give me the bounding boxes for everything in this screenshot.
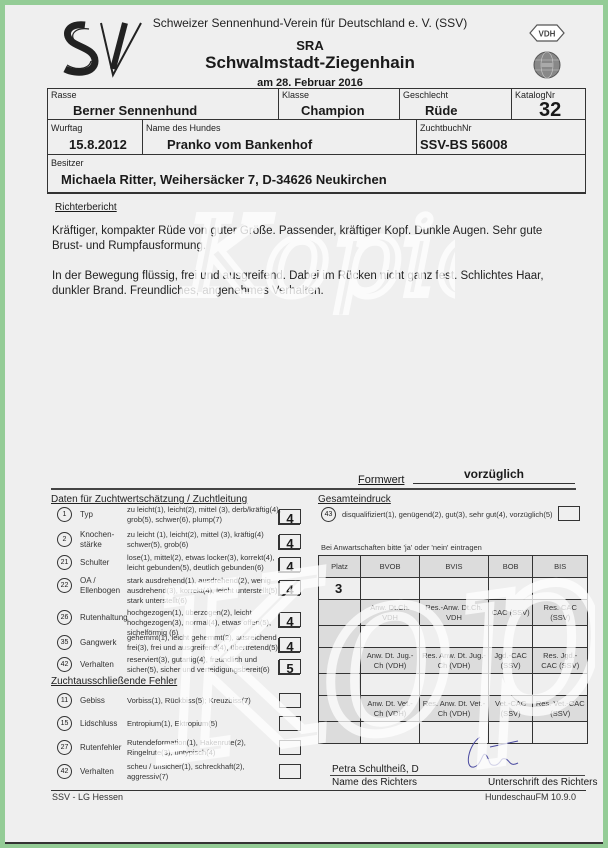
awards-header-cell: Platz	[319, 556, 361, 578]
fault-number-badge: 11	[57, 693, 72, 708]
report-paragraph: Kräftiger, kompakter Rüde von guter Größ…	[52, 224, 572, 254]
breed-field: Rasse Berner Sennenhund	[47, 88, 279, 120]
awards-blank-cell	[319, 696, 361, 722]
criterion-name: Verhalten	[80, 660, 128, 670]
formwert-label: Formwert	[358, 474, 404, 486]
criterion-name: Knochen-stärke	[80, 530, 128, 550]
birth-value: 15.8.2012	[69, 137, 127, 152]
overall-score-box[interactable]	[558, 506, 580, 521]
criterion-options: zu leicht(1), leicht(2), mittel (3), der…	[127, 505, 287, 525]
awards-header-row: PlatzBVOBBVISBOBBIS	[319, 556, 588, 578]
awards-header-cell: BVOB	[361, 556, 420, 578]
award-entry-cell[interactable]	[420, 578, 489, 600]
fault-score-box[interactable]	[279, 716, 301, 731]
awards-blank-cell	[319, 722, 361, 744]
award-type-cell: Anw. Dt.Ch. VDH	[361, 600, 420, 626]
catalog-field: KatalogNr 32	[511, 88, 586, 120]
event-type: SRA	[135, 38, 485, 53]
footer-divider	[51, 790, 586, 791]
signature-line	[330, 775, 585, 776]
criterion-number-badge: 42	[57, 657, 72, 672]
criterion-name: OA / Ellenbogen	[80, 576, 128, 596]
award-entry-cell[interactable]	[361, 722, 420, 744]
sex-field: Geschlecht Rüde	[399, 88, 512, 120]
award-type-cell: Res. Anw. Dt. Jug.-Ch (VDH)	[420, 648, 489, 674]
fault-options: Vorbiss(1), Rückbiss(5); Kreuzbiss(7)	[127, 696, 287, 706]
fault-number-badge: 27	[57, 740, 72, 755]
owner-field: Besitzer Michaela Ritter, Weihersäcker 7…	[47, 154, 586, 194]
criterion-score-box[interactable]: 5	[279, 659, 301, 674]
criterion-name: Gangwerk	[80, 638, 128, 648]
awards-entry-row	[319, 722, 588, 744]
awards-header-cell: BIS	[533, 556, 588, 578]
criterion-score-box[interactable]: 4	[279, 509, 301, 524]
criterion-number-badge: 22	[57, 578, 72, 593]
fault-number-badge: 42	[57, 764, 72, 779]
svg-text:VDH: VDH	[539, 30, 556, 39]
awards-blank-cell	[319, 600, 361, 626]
dog-name-value: Pranko vom Bankenhof	[167, 137, 312, 152]
criterion-score-box[interactable]: 4	[279, 612, 301, 627]
criterion-score-box[interactable]: 4	[279, 534, 301, 549]
birth-label: Wurftag	[51, 123, 82, 133]
formwert-value: vorzüglich	[413, 467, 575, 484]
criterion-score-box[interactable]: 4	[279, 580, 301, 595]
fault-options: scheu / unsicher(1), schreckhaft(2), agg…	[127, 762, 287, 782]
overall-title: Gesamteindruck	[318, 494, 391, 505]
award-entry-cell[interactable]	[361, 626, 420, 648]
footer-club: SSV - LG Hessen	[52, 792, 123, 802]
award-type-cell: Res. Anw. Dt. Vet.-Ch (VDH)	[420, 696, 489, 722]
awards-header-cell: BOB	[488, 556, 533, 578]
awards-note: Bei Anwartschaften bitte 'ja' oder 'nein…	[321, 543, 482, 552]
award-type-cell: Anw. Dt. Vet.-Ch (VDH)	[361, 696, 420, 722]
criterion-name: Schulter	[80, 558, 128, 568]
fault-name: Rutenfehler	[80, 743, 121, 753]
awards-entry-row	[319, 626, 588, 648]
criterion-options: reserviert(3), gutartig(4), freundlich u…	[127, 655, 287, 675]
award-type-cell: Res.-Anw. Dt.Ch. VDH	[420, 600, 489, 626]
awards-header-cell: BVIS	[420, 556, 489, 578]
criterion-number-badge: 21	[57, 555, 72, 570]
breeding-data-title: Daten für Zuchtwertschätzung / Zuchtleit…	[51, 494, 247, 505]
class-label: Klasse	[282, 90, 309, 100]
overall-options: disqualifiziert(1), genügend(2), gut(3),…	[342, 510, 562, 520]
fault-score-box[interactable]	[279, 740, 301, 755]
fault-options: Entropium(1), Ektropium(5)	[127, 719, 287, 729]
studbook-label: ZuchtbuchNr	[420, 123, 472, 133]
birth-date-field: Wurftag 15.8.2012	[47, 119, 143, 155]
judge-name: Petra Schultheiß, D	[332, 764, 419, 775]
vdh-badge-icon: VDH	[529, 24, 565, 42]
award-entry-cell[interactable]	[488, 674, 533, 696]
breed-label: Rasse	[51, 90, 77, 100]
award-type-cell: Jgd.-CAC (SSV)	[488, 648, 533, 674]
criterion-name: Typ	[80, 510, 128, 520]
criterion-options: zu leicht (1), leicht(2), mittel (3), kr…	[127, 530, 287, 550]
class-value: Champion	[301, 103, 365, 118]
awards-table: PlatzBVOBBVISBOBBIS3Anw. Dt.Ch. VDHRes.-…	[318, 555, 588, 744]
fault-name: Verhalten	[80, 767, 114, 777]
criterion-number-badge: 35	[57, 635, 72, 650]
criterion-options: lose(1), mittel(2), etwas locker(3), kor…	[127, 553, 287, 573]
fci-globe-icon	[532, 50, 562, 80]
award-entry-cell[interactable]	[533, 722, 588, 744]
award-entry-cell[interactable]	[533, 578, 588, 600]
sex-value: Rüde	[425, 103, 458, 118]
studbook-field: ZuchtbuchNr SSV-BS 56008	[416, 119, 586, 155]
report-title: Richterbericht	[55, 202, 117, 213]
fault-options: Rutendeformation(1), Hakenrute(2), Ringe…	[127, 738, 287, 758]
section-divider	[51, 488, 576, 490]
award-entry-cell[interactable]	[488, 578, 533, 600]
awards-label-row: Anw. Dt.Ch. VDHRes.-Anw. Dt.Ch. VDHCAC (…	[319, 600, 588, 626]
award-type-cell: Vet.-CAC (SSV)	[488, 696, 533, 722]
award-entry-cell[interactable]	[533, 674, 588, 696]
placement-cell: 3	[319, 578, 361, 600]
award-entry-cell[interactable]	[361, 578, 420, 600]
criterion-options: stark ausdrehend(1), ausdrehend(2), weni…	[127, 576, 287, 606]
award-type-cell: Anw. Dt. Jug.-Ch (VDH)	[361, 648, 420, 674]
awards-entry-row: 3	[319, 578, 588, 600]
judge-name-label: Name des Richters	[332, 777, 417, 788]
criterion-number-badge: 26	[57, 610, 72, 625]
awards-blank-cell	[319, 626, 361, 648]
awards-entry-row	[319, 674, 588, 696]
signature-label: Unterschrift des Richters	[488, 777, 597, 788]
judge-report-sheet: Schweizer Sennenhund-Verein für Deutschl…	[5, 5, 603, 844]
fault-number-badge: 15	[57, 716, 72, 731]
report-text: Kräftiger, kompakter Rüde von guter Größ…	[52, 224, 572, 314]
award-type-cell: CAC (SSV)	[488, 600, 533, 626]
award-entry-cell[interactable]	[420, 626, 489, 648]
owner-value: Michaela Ritter, Weihersäcker 7, D-34626…	[61, 172, 387, 187]
event-location: Schwalmstadt-Ziegenhain	[135, 53, 485, 73]
award-type-cell: Res. Jgd.-CAC (SSV)	[533, 648, 588, 674]
footer-software: HundeschauFM 10.9.0	[485, 792, 576, 802]
criterion-number-badge: 2	[57, 532, 72, 547]
report-paragraph: In der Bewegung flüssig, frei und ausgre…	[52, 269, 572, 299]
criterion-score-box[interactable]: 4	[279, 637, 301, 652]
dog-name-label: Name des Hundes	[146, 123, 221, 133]
awards-blank-cell	[319, 674, 361, 696]
award-entry-cell[interactable]	[361, 674, 420, 696]
faults-title: Zuchtausschließende Fehler	[51, 676, 177, 687]
fault-name: Gebiss	[80, 696, 105, 706]
judge-signature-icon	[460, 733, 520, 773]
sex-label: Geschlecht	[403, 90, 448, 100]
class-field: Klasse Champion	[278, 88, 400, 120]
dog-name-field: Name des Hundes Pranko vom Bankenhof	[142, 119, 417, 155]
award-type-cell: Res. CAC (SSV)	[533, 600, 588, 626]
award-entry-cell[interactable]	[533, 626, 588, 648]
award-entry-cell[interactable]	[420, 674, 489, 696]
fault-name: Lidschluss	[80, 719, 117, 729]
organization-name: Schweizer Sennenhund-Verein für Deutschl…	[135, 16, 485, 30]
breed-value: Berner Sennenhund	[73, 103, 197, 118]
criterion-score-box[interactable]: 4	[279, 557, 301, 572]
award-type-cell: Res. Vet.-CAC (SSV)	[533, 696, 588, 722]
fault-score-box[interactable]	[279, 693, 301, 708]
criterion-options: gehemmt(1), leicht gehemmt(2), ausreiche…	[127, 633, 287, 653]
criterion-number-badge: 43	[321, 507, 336, 522]
awards-blank-cell	[319, 648, 361, 674]
owner-label: Besitzer	[51, 158, 84, 168]
awards-label-row: Anw. Dt. Jug.-Ch (VDH)Res. Anw. Dt. Jug.…	[319, 648, 588, 674]
award-entry-cell[interactable]	[488, 626, 533, 648]
studbook-value: SSV-BS 56008	[420, 137, 507, 152]
criterion-name: Rutenhaltung	[80, 613, 128, 623]
ssv-logo-icon	[55, 19, 145, 79]
awards-label-row: Anw. Dt. Vet.-Ch (VDH)Res. Anw. Dt. Vet.…	[319, 696, 588, 722]
criterion-number-badge: 1	[57, 507, 72, 522]
fault-score-box[interactable]	[279, 764, 301, 779]
